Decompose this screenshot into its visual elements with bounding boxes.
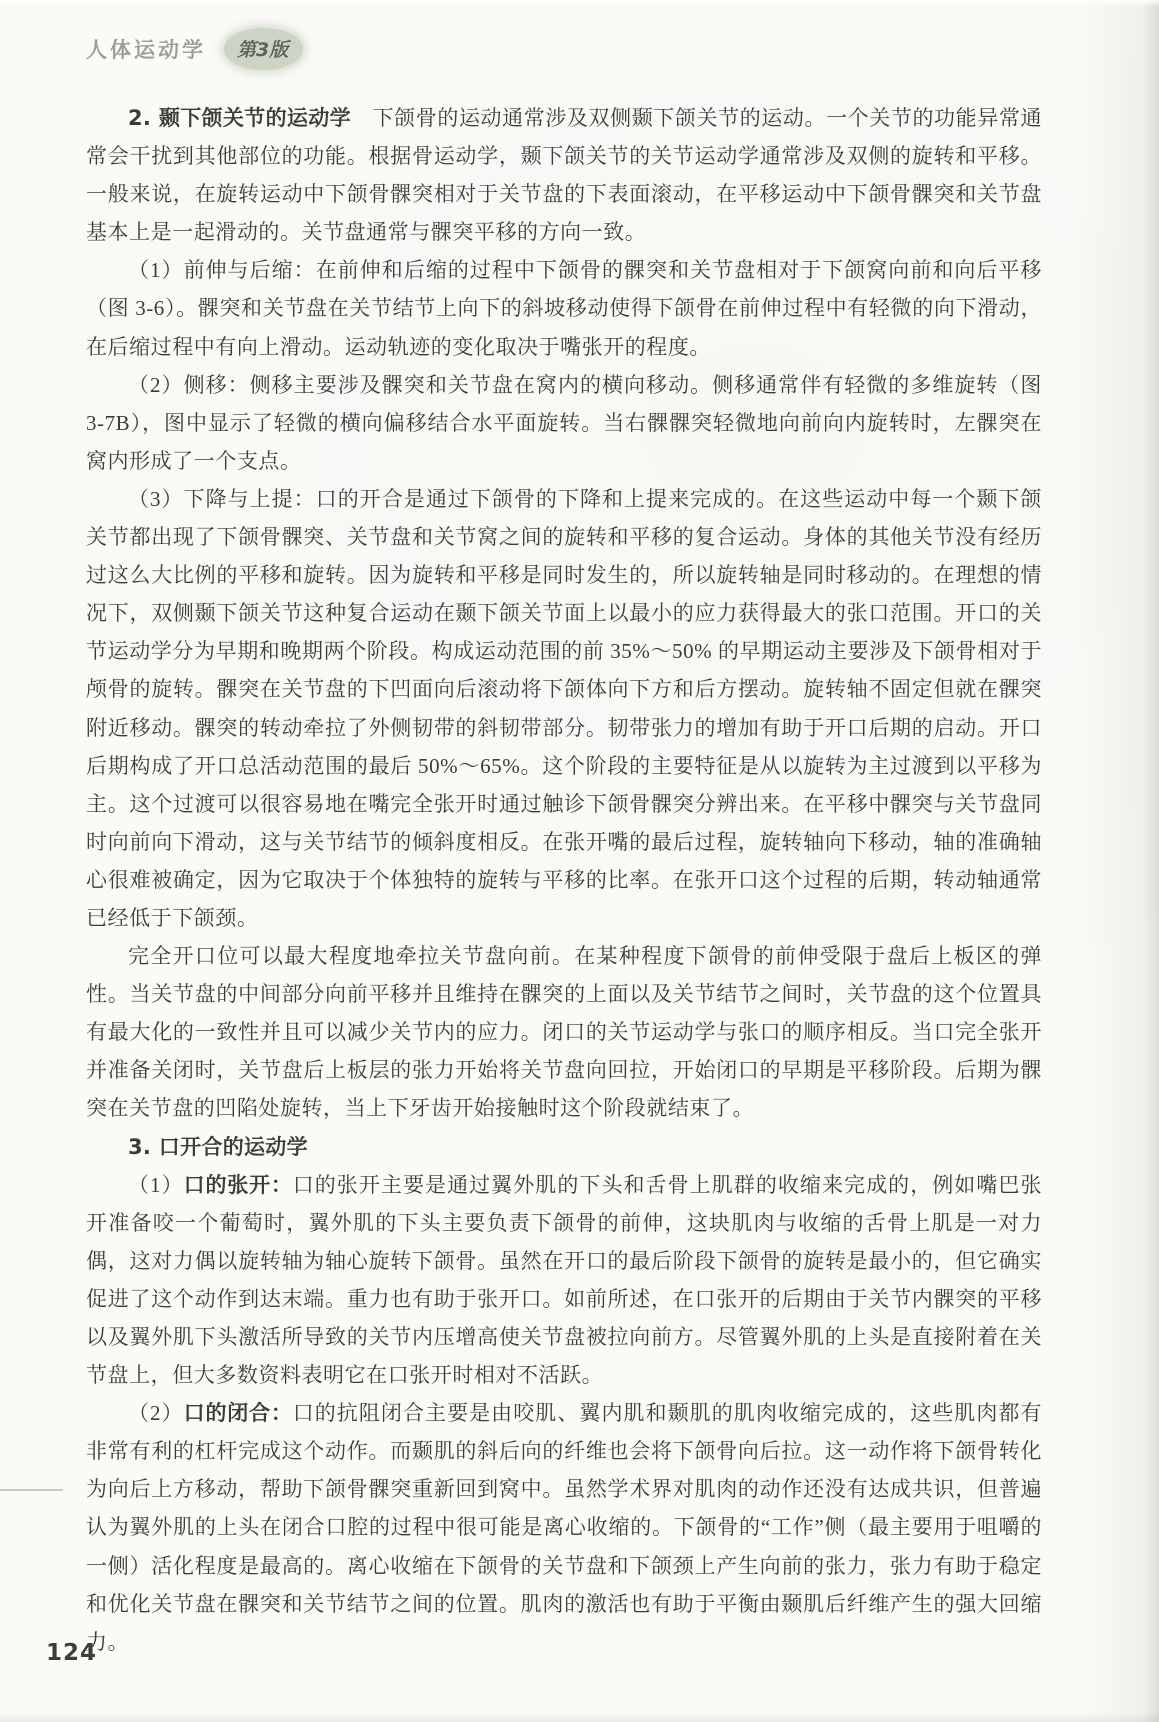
edition-badge: 第3版 xyxy=(224,28,303,70)
paragraph-depression-elevation: （3）下降与上提：口的开合是通过下颌骨的下降和上提来完成的。在这些运动中每一个颞… xyxy=(86,480,1042,937)
paragraph-text: （2） xyxy=(128,1401,184,1425)
paragraph-protrusion-retrusion: （1）前伸与后缩：在前伸和后缩的过程中下颌骨的髁突和关节盘相对于下颌窝向前和向后… xyxy=(86,251,1042,365)
scan-edge-bottom xyxy=(0,1712,1159,1722)
paragraph-text: （1）前伸与后缩：在前伸和后缩的过程中下颌骨的髁突和关节盘相对于下颌窝向前和向后… xyxy=(86,258,1042,358)
scanned-book-page: 人体运动学 第3版 2. 颞下颌关节的运动学 下颌骨的运动通常涉及双侧颞下颌关节… xyxy=(0,0,1159,1722)
page-number: 124 xyxy=(46,1640,97,1666)
scan-edge-top xyxy=(0,0,1159,7)
paragraph-lateral-excursion: （2）侧移：侧移主要涉及髁突和关节盘在窝内的横向移动。侧移通常伴有轻微的多维旋转… xyxy=(86,366,1042,480)
paragraph-text: 口的张开主要是通过翼外肌的下头和舌骨上肌群的收缩来完成的，例如嘴巴张开准备咬一个… xyxy=(86,1173,1042,1387)
paragraph-text: 完全开口位可以最大程度地牵拉关节盘向前。在某种程度下颌骨的前伸受限于盘后上板区的… xyxy=(86,944,1042,1120)
paragraph-mouth-opening: （1）口的张开：口的张开主要是通过翼外肌的下头和舌骨上肌群的收缩来完成的，例如嘴… xyxy=(86,1166,1042,1395)
paragraph-text: （3）下降与上提：口的开合是通过下颌骨的下降和上提来完成的。在这些运动中每一个颞… xyxy=(86,487,1042,930)
running-header: 人体运动学 第3版 xyxy=(86,28,303,70)
paragraph-text: （1） xyxy=(128,1173,184,1197)
paragraph-text: （2）侧移：侧移主要涉及髁突和关节盘在窝内的横向移动。侧移通常伴有轻微的多维旋转… xyxy=(86,373,1042,473)
footer-margin-rule xyxy=(0,1489,63,1491)
section-heading-mouth-open-close: 3. 口开合的运动学 xyxy=(86,1128,1042,1166)
section-heading-text: 3. 口开合的运动学 xyxy=(128,1135,308,1159)
page-body-text: 2. 颞下颌关节的运动学 下颌骨的运动通常涉及双侧颞下颌关节的运动。一个关节的功… xyxy=(86,99,1042,1661)
paragraph-lead-bold: 口的张开： xyxy=(184,1173,293,1197)
book-title: 人体运动学 xyxy=(86,34,206,64)
paragraph-full-open-position: 完全开口位可以最大程度地牵拉关节盘向前。在某种程度下颌骨的前伸受限于盘后上板区的… xyxy=(86,937,1042,1127)
paragraph-tmj-arthrokinematics: 2. 颞下颌关节的运动学 下颌骨的运动通常涉及双侧颞下颌关节的运动。一个关节的功… xyxy=(86,99,1042,251)
paragraph-text: 口的抗阻闭合主要是由咬肌、翼内肌和颞肌的肌肉收缩完成的，这些肌肉都有非常有利的杠… xyxy=(86,1401,1042,1654)
paragraph-mouth-closing: （2）口的闭合：口的抗阻闭合主要是由咬肌、翼内肌和颞肌的肌肉收缩完成的，这些肌肉… xyxy=(86,1394,1042,1661)
paragraph-lead-bold: 口的闭合： xyxy=(184,1401,293,1425)
paragraph-lead-bold: 2. 颞下颌关节的运动学 xyxy=(128,106,351,130)
